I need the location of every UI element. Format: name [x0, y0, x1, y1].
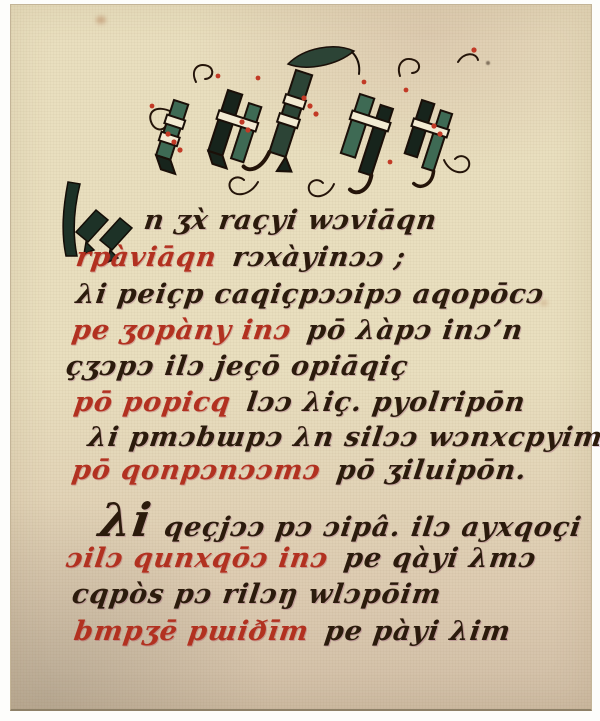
paragraph-initial: λi — [96, 493, 155, 547]
tengwar-text: rɔxàyinɔɔ ; — [231, 242, 408, 273]
tengwar-line: rpàviāqnrɔxàyinɔɔ ; — [74, 243, 408, 273]
tengwar-line: çʒɔpɔ ilɔ jeçō opiāqiç — [64, 352, 410, 382]
tengwar-text-red: pō popicq — [72, 387, 233, 418]
tengwar-text: pe qàyi λmɔ — [342, 543, 538, 574]
scanned-manuscript-photo: { "document": { "kind": "Illuminated Ten… — [0, 0, 600, 721]
tengwar-text: pō ʒiluipōn. — [335, 455, 529, 486]
tengwar-line: cqpòs pɔ rilɔŋ wlɔpōim — [70, 580, 444, 610]
tengwar-text: λi peiçp caqiçpɔɔipɔ aqopōcɔ — [74, 279, 546, 310]
tengwar-text-red: pe ʒopàny inɔ — [70, 315, 294, 346]
tengwar-text-red: bmpʒē pɯiðīm — [72, 616, 311, 647]
tengwar-line: λiqeçjɔɔ pɔ ɔipâ. ilɔ ayxqoçi — [96, 495, 586, 546]
tengwar-text-red: rpàviāqn — [74, 242, 219, 273]
tengwar-line: pō popicqlɔɔ λiç. pyolripōn — [72, 388, 528, 418]
tengwar-text: pō λàpɔ inɔ’n — [305, 315, 525, 346]
tengwar-text: cqpòs pɔ rilɔŋ wlɔpōim — [70, 579, 444, 610]
tengwar-line: pō qonpɔnɔɔmɔpō ʒiluipōn. — [70, 456, 529, 486]
tengwar-text: n ʒx̀ raçyi wɔviāqn — [142, 205, 439, 236]
tengwar-line: n ʒx̀ raçyi wɔviāqn — [142, 206, 439, 236]
tengwar-text-red: pō qonpɔnɔɔmɔ — [70, 455, 323, 486]
stain-speck — [486, 61, 490, 65]
tengwar-text: λi pmɔbɯpɔ λn silɔɔ wɔnxcpyim — [86, 422, 600, 453]
tengwar-line: ɔilɔ qunxqōɔ inɔpe qàyi λmɔ — [64, 544, 538, 574]
illuminated-title — [138, 42, 483, 202]
tengwar-text: qeçjɔɔ pɔ ɔipâ. ilɔ ayxqoçi — [162, 512, 584, 543]
stain-speck — [96, 16, 106, 24]
tengwar-text-red: ɔilɔ qunxqōɔ inɔ — [64, 543, 330, 574]
tengwar-line: pe ʒopàny inɔpō λàpɔ inɔ’n — [70, 316, 525, 346]
tengwar-line: λi peiçp caqiçpɔɔipɔ aqopōcɔ — [74, 280, 546, 310]
tengwar-text: lɔɔ λiç. pyolripōn — [245, 387, 528, 418]
tengwar-line: bmpʒē pɯiðīmpe pàyi λim — [72, 617, 513, 647]
tengwar-text: pe pàyi λim — [323, 616, 513, 647]
tengwar-text: çʒɔpɔ ilɔ jeçō opiāqiç — [64, 351, 411, 382]
tengwar-line: λi pmɔbɯpɔ λn silɔɔ wɔnxcpyim — [86, 423, 600, 453]
